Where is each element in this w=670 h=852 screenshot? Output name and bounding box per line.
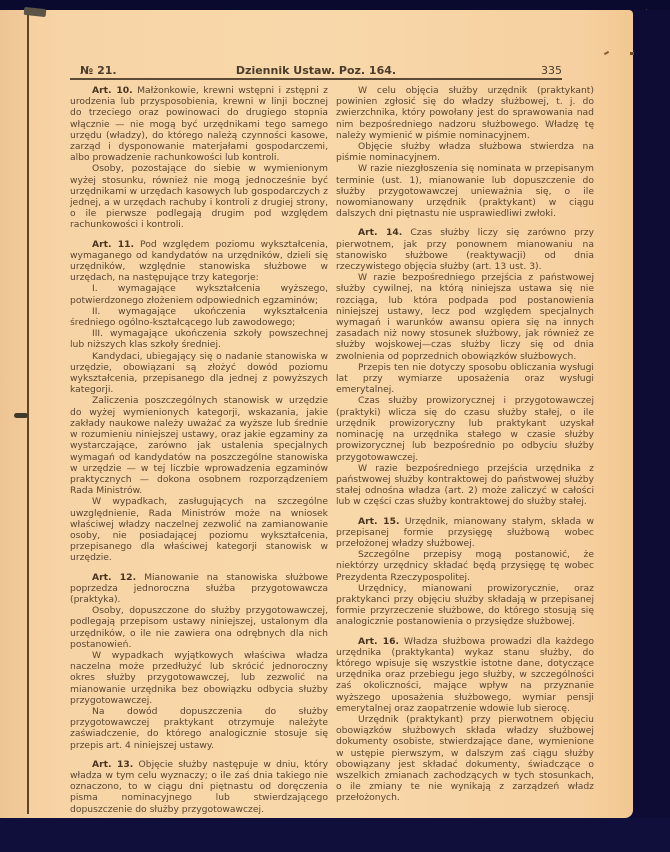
paragraph-text: Osoby, dopuszczone do służby przygotowaw… (70, 605, 328, 650)
paragraph: Zaliczenia poszczególnych stanowisk w ur… (70, 395, 328, 496)
article-paragraph: Art. 15. Urzędnik, mianowany stałym, skł… (336, 516, 594, 550)
paragraph-text: Zaliczenia poszczególnych stanowisk w ur… (70, 395, 328, 496)
paragraph: W razie niezgłoszenia się nominata w prz… (336, 163, 594, 219)
article-paragraph: Art. 13. Objęcie służby następuje w dniu… (70, 759, 328, 815)
article-paragraph: Art. 12. Mianowanie na stanowiska służbo… (70, 572, 328, 606)
journal-title: Dziennik Ustaw. Poz. 164. (70, 64, 562, 77)
page-number: 335 (541, 64, 562, 77)
paragraph: W wypadkach wyjątkowych właściwa władza … (70, 650, 328, 706)
paragraph: W razie bezpośredniego przejścia urzędni… (336, 463, 594, 508)
paragraph: II. wymagające ukończenia wykształcenia … (70, 306, 328, 328)
paragraph-text: W wypadkach, zasługujących na szczególne… (70, 496, 328, 563)
paragraph-text: Osoby, pozostające do siebie w wymienion… (70, 163, 328, 230)
paragraph-text: Na dowód dopuszczenia do służby przygoto… (70, 706, 328, 751)
article-label: Art. 11. (92, 239, 134, 250)
paragraph-text: Urzędnik (praktykant) przy pierwotnem ob… (336, 714, 594, 803)
paragraph-text: Przepis ten nie dotyczy sposobu obliczan… (336, 362, 594, 395)
paragraph: W razie bezpośredniego przejścia z państ… (336, 272, 594, 362)
article-paragraph: Art. 14. Czas służby liczy się zarówno p… (336, 227, 594, 272)
article-label: Art. 15. (358, 516, 399, 527)
paragraph: Przepis ten nie dotyczy sposobu obliczan… (336, 362, 594, 396)
paragraph-text: Objęcie służby władza służbowa stwierdza… (336, 141, 594, 163)
paragraph: W celu objęcia służby urzędnik (praktyka… (336, 85, 594, 141)
paragraph: Osoby, pozostające do siebie w wymienion… (70, 163, 328, 230)
paper-stain (630, 52, 634, 55)
paragraph-text: Szczególne przepisy mogą postanowić, że … (336, 549, 594, 582)
paragraph: Objęcie służby władza służbowa stwierdza… (336, 141, 594, 163)
paragraph: III. wymagające ukończenia szkoły powsze… (70, 328, 328, 350)
paragraph: Osoby, dopuszczone do służby przygotowaw… (70, 605, 328, 650)
paragraph-text: III. wymagające ukończenia szkoły powsze… (70, 328, 328, 350)
article-label: Art. 13. (92, 759, 133, 770)
paragraph-text: Kandydaci, ubiegający się o nadanie stan… (70, 351, 328, 396)
paragraph: I. wymagające wykształcenia wyższego, po… (70, 283, 328, 305)
paragraph: Czas służby prowizorycznej i przygotowaw… (336, 395, 594, 462)
article-paragraph: Art. 10. Małżonkowie, krewni wstępni i z… (70, 85, 328, 163)
binding-staple-icon (14, 413, 28, 418)
paragraph-text: Urzędnicy, mianowani prowizorycznie, ora… (336, 583, 594, 628)
header-divider (70, 78, 562, 80)
paragraph: Kandydaci, ubiegający się o nadanie stan… (70, 351, 328, 396)
paragraph-text: W razie niezgłoszenia się nominata w prz… (336, 163, 594, 219)
paragraph-text: I. wymagające wykształcenia wyższego, po… (70, 283, 328, 305)
paragraph-text: W razie bezpośredniego przejścia z państ… (336, 272, 594, 361)
paragraph: Szczególne przepisy mogą postanowić, że … (336, 549, 594, 583)
paragraph: Urzędnicy, mianowani prowizorycznie, ora… (336, 583, 594, 628)
page-header: № 21. Dziennik Ustaw. Poz. 164. 335 (70, 60, 562, 76)
paragraph-text: Władza służbowa prowadzi dla każdego urz… (336, 636, 594, 714)
paragraph-text: W razie bezpośredniego przejścia urzędni… (336, 463, 594, 508)
paragraph-text: W wypadkach wyjątkowych właściwa władza … (70, 650, 328, 706)
article-paragraph: Art. 11. Pod względem poziomu wykształce… (70, 239, 328, 284)
article-paragraph: Art. 16. Władza służbowa prowadzi dla ka… (336, 636, 594, 714)
article-label: Art. 10. (92, 85, 133, 96)
paragraph-text: Czas służby prowizorycznej i przygotowaw… (336, 395, 594, 462)
paragraph: W wypadkach, zasługujących na szczególne… (70, 496, 328, 563)
paragraph-text: W celu objęcia służby urzędnik (praktyka… (336, 85, 594, 141)
article-label: Art. 14. (358, 227, 402, 238)
scan-background-right (633, 10, 670, 818)
paragraph-text: Małżonkowie, krewni wstępni i zstępni z … (70, 85, 328, 163)
paragraph: Na dowód dopuszczenia do służby przygoto… (70, 706, 328, 751)
scan-background-bottom (0, 818, 670, 852)
article-label: Art. 16. (358, 636, 399, 647)
paragraph-text: II. wymagające ukończenia wykształcenia … (70, 306, 328, 328)
left-column: Art. 10. Małżonkowie, krewni wstępni i z… (70, 85, 328, 815)
paragraph: Urzędnik (praktykant) przy pierwotnem ob… (336, 714, 594, 804)
article-label: Art. 12. (92, 572, 136, 583)
right-column: W celu objęcia służby urzędnik (praktyka… (336, 85, 594, 804)
